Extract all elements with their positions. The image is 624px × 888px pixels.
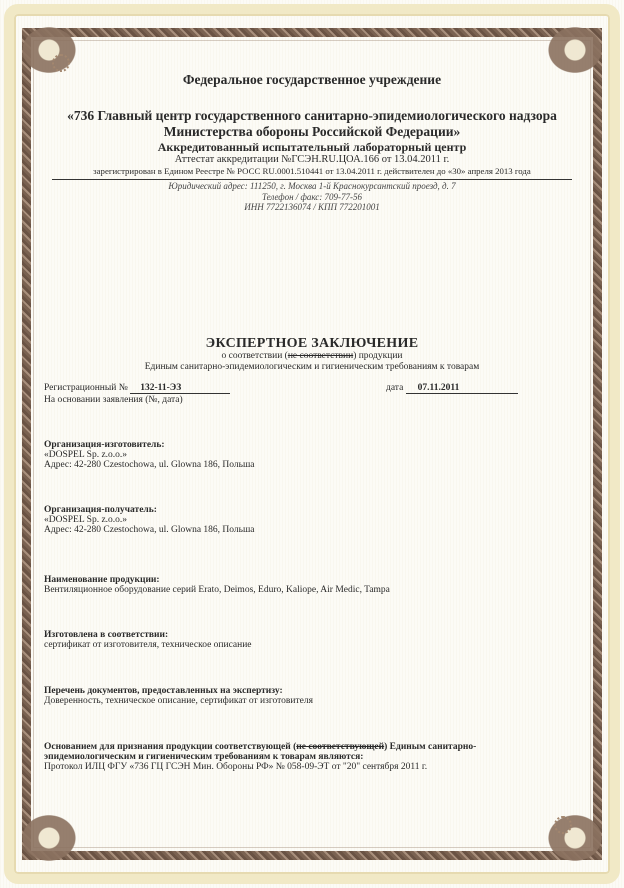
grounds-title-prefix: Основанием для признания продукции соотв… <box>44 742 296 752</box>
header-divider <box>52 179 572 180</box>
institution-type: Федеральное государственное учреждение <box>0 72 624 88</box>
document-subtitle: о соответствии (не соответствии) продукц… <box>0 351 624 361</box>
org-name-line1: «736 Главный центр государственного сани… <box>0 108 624 124</box>
section-documents: Перечень документов, предоставленных на … <box>44 686 313 706</box>
document-subtitle-2: Единым санитарно-эпидемиологическим и ги… <box>0 362 624 372</box>
section-title: Перечень документов, предоставленных на … <box>44 686 313 696</box>
section-product: Наименование продукции: Вентиляционное о… <box>44 575 390 595</box>
section-title: Наименование продукции: <box>44 575 390 585</box>
section-title: Основанием для признания продукции соотв… <box>44 742 476 752</box>
recipient-name: «DOSPEL Sp. z.o.o.» <box>44 515 255 525</box>
registration-number-row: Регистрационный № 132-11-ЭЗ <box>44 383 230 394</box>
manufacturer-address: Адрес: 42-280 Czestochowa, ul. Glowna 18… <box>44 460 255 470</box>
application-basis: На основании заявления (№, дата) <box>44 395 183 405</box>
section-manufacturer: Организация-изготовитель: «DOSPEL Sp. z.… <box>44 440 255 470</box>
date-label: дата <box>386 383 403 393</box>
recipient-address: Адрес: 42-280 Czestochowa, ul. Glowna 18… <box>44 525 255 535</box>
documents-value: Доверенность, техническое описание, серт… <box>44 696 313 706</box>
registration-date: 07.11.2011 <box>406 383 518 394</box>
registration-label: Регистрационный № <box>44 383 128 393</box>
registry-info: зарегистрирован в Едином Реестре № РОСС … <box>32 166 592 176</box>
registration-number: 132-11-ЭЗ <box>130 383 230 394</box>
subtitle-struck: не соответствии <box>288 351 353 361</box>
document-content: Федеральное государственное учреждение «… <box>0 0 624 888</box>
accreditation: Аттестат аккредитации №ГСЭН.RU.ЦОА.166 о… <box>0 154 624 165</box>
lab-center: Аккредитованный испытательный лабораторн… <box>0 140 624 155</box>
inn-kpp: ИНН 7722136074 / КПП 772201001 <box>0 202 624 212</box>
manufacturer-name: «DOSPEL Sp. z.o.o.» <box>44 450 255 460</box>
made-according-value: сертификат от изготовителя, техническое … <box>44 640 252 650</box>
section-title: Организация-получатель: <box>44 505 255 515</box>
grounds-title-struck: не соответствующей <box>296 742 384 752</box>
grounds-value: Протокол ИЛЦ ФГУ «736 ГЦ ГСЭН Мин. Оборо… <box>44 762 476 772</box>
grounds-title-suffix: ) Единым санитарно- <box>384 742 476 752</box>
document-title: ЭКСПЕРТНОЕ ЗАКЛЮЧЕНИЕ <box>0 336 624 352</box>
registration-date-row: дата 07.11.2011 <box>386 383 518 394</box>
subtitle-suffix: ) продукции <box>353 351 402 361</box>
org-name-line2: Министерства обороны Российской Федераци… <box>0 124 624 140</box>
product-name: Вентиляционное оборудование серий Erato,… <box>44 585 390 595</box>
section-title: Изготовлена в соответствии: <box>44 630 252 640</box>
subtitle-prefix: о соответствии ( <box>221 351 287 361</box>
phone-fax: Телефон / факс: 709-77-56 <box>0 192 624 202</box>
section-title: Организация-изготовитель: <box>44 440 255 450</box>
section-recipient: Организация-получатель: «DOSPEL Sp. z.o.… <box>44 505 255 535</box>
legal-address: Юридический адрес: 111250, г. Москва 1-й… <box>0 181 624 191</box>
section-made-according: Изготовлена в соответствии: сертификат о… <box>44 630 252 650</box>
section-title-line2: эпидемиологическим и гигиеническим требо… <box>44 752 476 762</box>
section-grounds: Основанием для признания продукции соотв… <box>44 742 476 772</box>
